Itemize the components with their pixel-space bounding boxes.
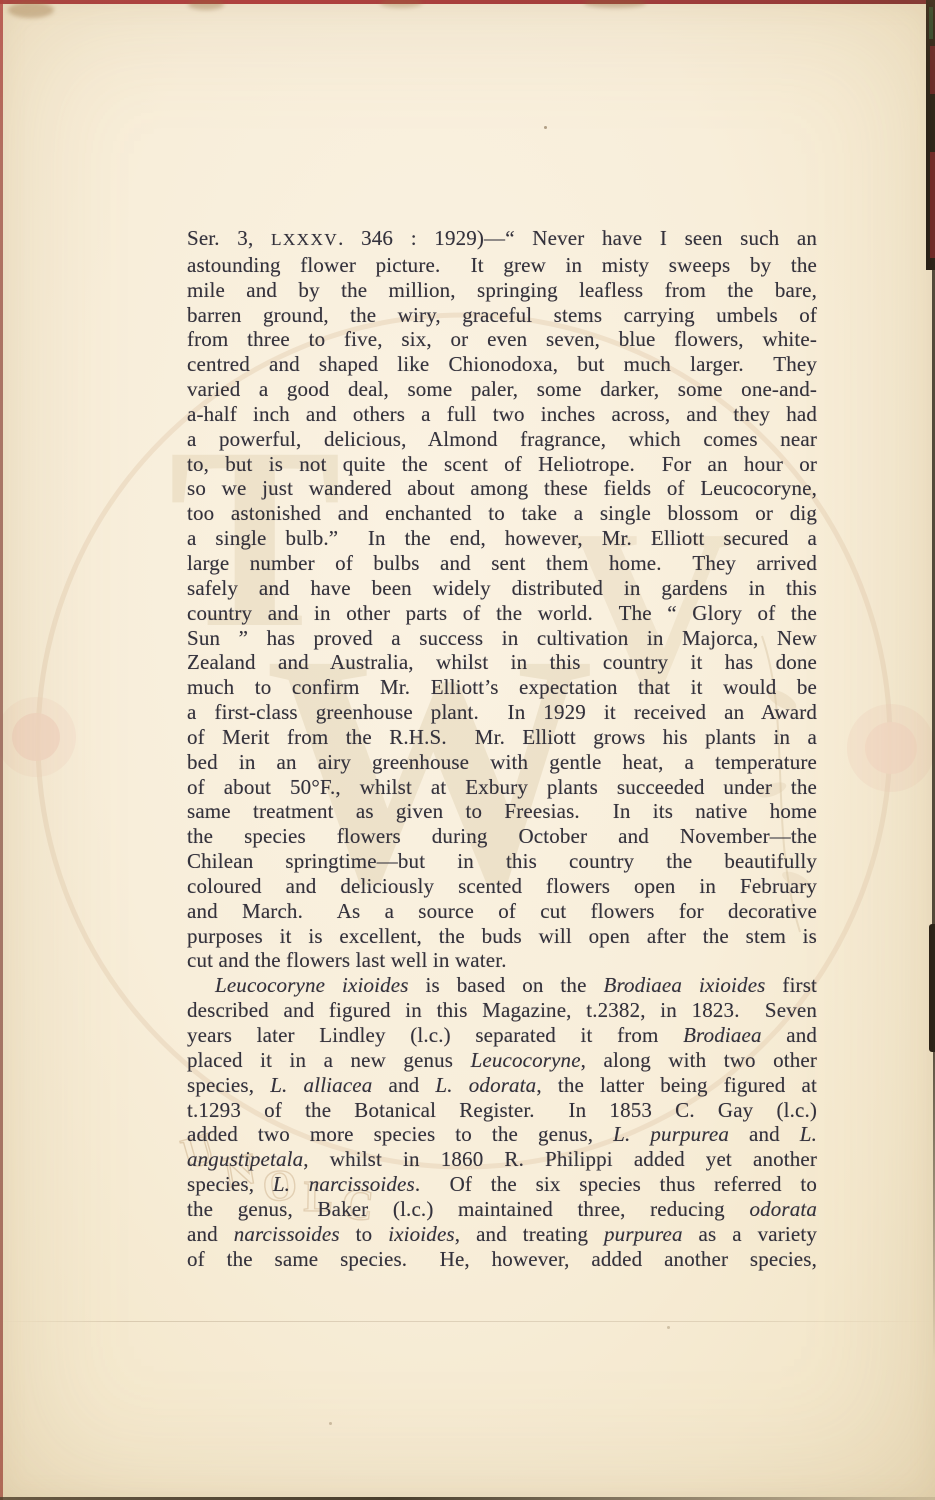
italic-text-segment: L. odorata xyxy=(435,1073,536,1097)
paper-speck xyxy=(667,1326,670,1329)
text-segment: Chilean springtime—but in this country t… xyxy=(187,849,817,873)
italic-text-segment: L. purpurea xyxy=(613,1122,729,1146)
text-line: purposes it is excellent, the buds will … xyxy=(187,924,817,949)
text-line: and narcissoides to ixioides, and treati… xyxy=(187,1222,817,1247)
text-line: centred and shaped like Chionodoxa, but … xyxy=(187,352,817,377)
text-segment: , the latter being figured at xyxy=(536,1073,817,1097)
italic-text-segment: Leucocoryne ixioides xyxy=(215,973,409,997)
italic-text-segment: angustipetala xyxy=(187,1147,303,1171)
text-line: a-half inch and others a full two inches… xyxy=(187,402,817,427)
text-segment: a single bulb.” In the end, however, Mr.… xyxy=(187,526,817,550)
text-segment: to, but is not quite the scent of Heliot… xyxy=(187,452,817,476)
text-line: of Merit from the R.H.S. Mr. Elliott gro… xyxy=(187,725,817,750)
text-segment: and xyxy=(762,1023,817,1047)
stamp-dot-left-halo xyxy=(0,697,76,777)
text-line: years later Lindley (l.c.) separated it … xyxy=(187,1023,817,1048)
scan-edge-left-red xyxy=(0,0,3,1500)
text-line: described and figured in this Magazine, … xyxy=(187,998,817,1023)
text-segment: country and in other parts of the world.… xyxy=(187,601,817,625)
scan-edge-right-blob xyxy=(929,924,935,1052)
text-line: a first-class greenhouse plant. In 1929 … xyxy=(187,700,817,725)
paper-speck xyxy=(329,1422,332,1425)
text-segment: placed it in a new genus xyxy=(187,1048,471,1072)
paper-speck xyxy=(544,126,547,129)
text-segment: cut and the flowers last well in water. xyxy=(187,948,507,972)
smallcaps-text-segment: LXXXV xyxy=(271,230,338,249)
italic-text-segment: Brodiaea xyxy=(683,1023,762,1047)
page-text-block: Ser. 3, LXXXV. 346 : 1929)—“ Never have … xyxy=(187,226,817,1271)
text-line: to, but is not quite the scent of Heliot… xyxy=(187,452,817,477)
stamp-dot-right-halo xyxy=(847,704,935,792)
stamp-dot-left xyxy=(12,713,60,761)
italic-text-segment: odorata xyxy=(749,1197,817,1221)
italic-text-segment: Leucocoryne xyxy=(471,1048,581,1072)
text-segment: much to confirm Mr. Elliott’s expectatio… xyxy=(187,675,817,699)
text-line: barren ground, the wiry, graceful stems … xyxy=(187,303,817,328)
text-segment: large number of bulbs and sent them home… xyxy=(187,551,817,575)
text-segment: purposes it is excellent, the buds will … xyxy=(187,924,817,948)
text-line: angustipetala, whilst in 1860 R. Philipp… xyxy=(187,1147,817,1172)
text-line: Zealand and Australia, whilst in this co… xyxy=(187,650,817,675)
text-segment: , whilst in 1860 R. Philippi added yet a… xyxy=(303,1147,817,1171)
text-segment: the species flowers during October and N… xyxy=(187,824,817,848)
text-segment: too astonished and enchanted to take a s… xyxy=(187,501,817,525)
italic-text-segment: Brodiaea ixioides xyxy=(603,973,765,997)
italic-text-segment: L. narcissoides xyxy=(273,1172,415,1196)
italic-text-segment: L. xyxy=(800,1122,817,1146)
text-segment: same treatment as given to Freesias. In … xyxy=(187,799,817,823)
scan-edge-right-dark xyxy=(926,0,935,270)
scanned-book-page: T W V U N O L C Ser. 3, LXXXV. 346 : 192… xyxy=(0,0,935,1500)
text-line: species, L. narcissoides. Of the six spe… xyxy=(187,1172,817,1197)
text-line: cut and the flowers last well in water. xyxy=(187,948,817,973)
text-segment: so we just wandered about among these fi… xyxy=(187,476,817,500)
text-segment: as a variety xyxy=(683,1222,817,1246)
text-segment: species, xyxy=(187,1073,270,1097)
scan-edge-top-red xyxy=(0,0,935,4)
text-line: same treatment as given to Freesias. In … xyxy=(187,799,817,824)
text-segment: of about 50°F., whilst at Exbury plants … xyxy=(187,775,817,799)
text-line: placed it in a new genus Leucocoryne, al… xyxy=(187,1048,817,1073)
text-line: country and in other parts of the world.… xyxy=(187,601,817,626)
text-segment: , and treating xyxy=(455,1222,604,1246)
paper-stain xyxy=(8,2,54,18)
text-line: astounding flower picture. It grew in mi… xyxy=(187,253,817,278)
text-segment: Sun ” has proved a success in cultivatio… xyxy=(187,626,817,650)
text-segment: mile and by the million, springing leafl… xyxy=(187,278,817,302)
text-segment: to xyxy=(340,1222,388,1246)
text-line: and March. As a source of cut flowers fo… xyxy=(187,899,817,924)
text-line: of about 50°F., whilst at Exbury plants … xyxy=(187,775,817,800)
text-segment: is based on the xyxy=(409,973,604,997)
text-line: Chilean springtime—but in this country t… xyxy=(187,849,817,874)
text-line: of the same species. He, however, added … xyxy=(187,1247,817,1272)
text-segment: the genus, Baker (l.c.) maintained three… xyxy=(187,1197,749,1221)
text-segment: and March. As a source of cut flowers fo… xyxy=(187,899,817,923)
text-segment: t.1293 of the Botanical Register. In 185… xyxy=(187,1098,817,1122)
italic-text-segment: L. alliacea xyxy=(270,1073,372,1097)
text-segment: coloured and deliciously scented flowers… xyxy=(187,874,817,898)
text-line: from three to five, six, or even seven, … xyxy=(187,327,817,352)
text-segment: and xyxy=(729,1122,800,1146)
text-line: Ser. 3, LXXXV. 346 : 1929)—“ Never have … xyxy=(187,226,817,253)
stamp-dot-right xyxy=(865,722,917,774)
text-segment: , along with two other xyxy=(581,1048,817,1072)
text-segment: varied a good deal, some paler, some dar… xyxy=(187,377,817,401)
text-segment: added two more species to the genus, xyxy=(187,1122,613,1146)
text-segment: a powerful, delicious, Almond fragrance,… xyxy=(187,427,817,451)
text-segment: years later Lindley (l.c.) separated it … xyxy=(187,1023,683,1047)
scan-edge-green-tint xyxy=(929,7,933,39)
text-line: too astonished and enchanted to take a s… xyxy=(187,501,817,526)
italic-text-segment: ixioides xyxy=(388,1222,455,1246)
text-segment: species, xyxy=(187,1172,273,1196)
text-line: species, L. alliacea and L. odorata, the… xyxy=(187,1073,817,1098)
text-line: safely and have been widely distributed … xyxy=(187,576,817,601)
text-segment: Ser. 3, xyxy=(187,226,271,250)
text-segment: barren ground, the wiry, graceful stems … xyxy=(187,303,817,327)
text-segment: and xyxy=(187,1222,234,1246)
text-segment: described and figured in this Magazine, … xyxy=(187,998,817,1022)
text-line: varied a good deal, some paler, some dar… xyxy=(187,377,817,402)
text-line: bed in an airy greenhouse with gentle he… xyxy=(187,750,817,775)
text-segment: bed in an airy greenhouse with gentle he… xyxy=(187,750,817,774)
text-segment: of Merit from the R.H.S. Mr. Elliott gro… xyxy=(187,725,817,749)
text-line: large number of bulbs and sent them home… xyxy=(187,551,817,576)
italic-text-segment: purpurea xyxy=(604,1222,683,1246)
text-line: Leucocoryne ixioides is based on the Bro… xyxy=(187,973,817,998)
text-line: a single bulb.” In the end, however, Mr.… xyxy=(187,526,817,551)
text-segment: from three to five, six, or even seven, … xyxy=(187,327,817,351)
text-segment: and xyxy=(372,1073,435,1097)
text-line: much to confirm Mr. Elliott’s expectatio… xyxy=(187,675,817,700)
text-line: the genus, Baker (l.c.) maintained three… xyxy=(187,1197,817,1222)
text-line: t.1293 of the Botanical Register. In 185… xyxy=(187,1098,817,1123)
text-line: so we just wandered about among these fi… xyxy=(187,476,817,501)
text-segment: a first-class greenhouse plant. In 1929 … xyxy=(187,700,817,724)
paragraph-1: Ser. 3, LXXXV. 346 : 1929)—“ Never have … xyxy=(187,226,817,973)
scan-edge-red-tint xyxy=(930,46,935,94)
text-line: mile and by the million, springing leafl… xyxy=(187,278,817,303)
text-line: a powerful, delicious, Almond fragrance,… xyxy=(187,427,817,452)
text-line: added two more species to the genus, L. … xyxy=(187,1122,817,1147)
text-segment: first xyxy=(766,973,818,997)
text-segment: . 346 : 1929)—“ Never have I seen such a… xyxy=(338,226,817,250)
scan-edge-red-tint xyxy=(930,152,935,258)
italic-text-segment: narcissoides xyxy=(234,1222,340,1246)
text-segment: safely and have been widely distributed … xyxy=(187,576,817,600)
text-segment: astounding flower picture. It grew in mi… xyxy=(187,253,817,277)
text-segment: of the same species. He, however, added … xyxy=(187,1247,817,1271)
text-segment: . Of the six species thus referred to xyxy=(415,1172,817,1196)
paper-crease-line xyxy=(0,1321,935,1322)
text-segment: a-half inch and others a full two inches… xyxy=(187,402,817,426)
text-segment: Zealand and Australia, whilst in this co… xyxy=(187,650,817,674)
text-segment: centred and shaped like Chionodoxa, but … xyxy=(187,352,817,376)
text-line: coloured and deliciously scented flowers… xyxy=(187,874,817,899)
paragraph-2: Leucocoryne ixioides is based on the Bro… xyxy=(187,973,817,1271)
text-line: Sun ” has proved a success in cultivatio… xyxy=(187,626,817,651)
text-line: the species flowers during October and N… xyxy=(187,824,817,849)
